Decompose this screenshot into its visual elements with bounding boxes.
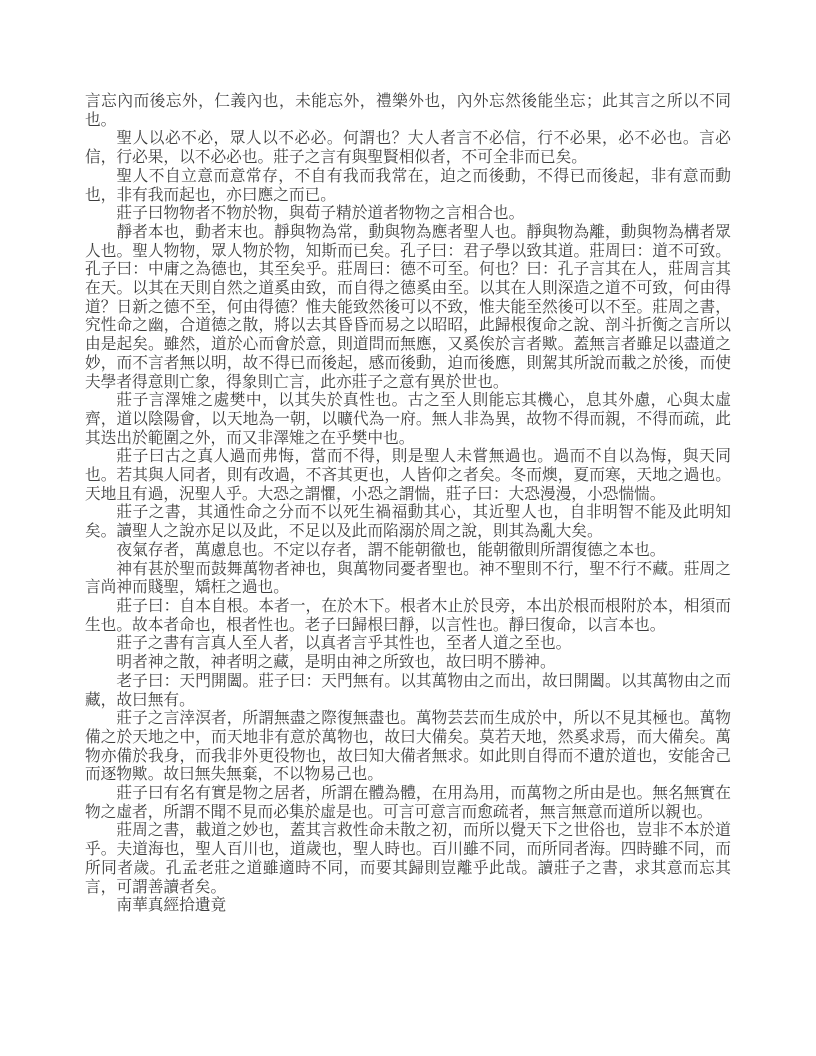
paragraph: 莊子曰古之真人過而弗悔，當而不得，則是聖人未嘗無過也。過而不自以為悔，與天同也。… (85, 448, 731, 504)
paragraph: 神有甚於聖而鼓舞萬物者神也，與萬物同憂者聖也。神不聖則不行，聖不行不藏。莊周之言… (85, 561, 731, 598)
paragraph: 莊子言澤雉之處樊中，以其失於真性也。古之至人則能忘其機心，息其外慮，心與太虛齊，… (85, 392, 731, 448)
paragraph: 莊子之書有言真人至人者，以真者言乎其性也，至者人道之至也。 (85, 635, 731, 654)
paragraph: 靜者本也，動者末也。靜與物為常，動與物為應者聖人也。靜與物為離，動與物為構者眾人… (85, 224, 731, 392)
paragraph: 聖人以必不必，眾人以不必必。何謂也？大人者言不必信，行不必果，必不必也。言必信，… (85, 130, 731, 167)
paragraph: 明者神之散，神者明之藏，是明由神之所致也，故曰明不勝神。 (85, 654, 731, 673)
colophon: 南華真經拾遺竟 (85, 897, 731, 916)
paragraph: 莊子之言涬溟者，所謂無盡之際復無盡也。萬物芸芸而生成於中，所以不見其極也。萬物備… (85, 710, 731, 785)
document-page: 言忘內而後忘外，仁義內也，未能忘外，禮樂外也，內外忘然後能坐忘；此其言之所以不同… (0, 0, 816, 1056)
paragraph: 夜氣存者，萬慮息也。不定以存者，謂不能朝徹也，能朝徹則所謂復德之本也。 (85, 542, 731, 561)
paragraph: 老子曰：天門開闔。莊子曰：天門無有。以其萬物由之而出，故曰開闔。以其萬物由之而藏… (85, 673, 731, 710)
document-body: 言忘內而後忘外，仁義內也，未能忘外，禮樂外也，內外忘然後能坐忘；此其言之所以不同… (85, 93, 731, 916)
paragraph: 莊子曰有名有實是物之居者，所謂在體為體，在用為用，而萬物之所由是也。無名無實在物… (85, 785, 731, 822)
paragraph: 聖人不自立意而意常存，不自有我而我常在，迫之而後動，不得已而後起，非有意而動也，… (85, 168, 731, 205)
paragraph: 莊子曰：自本自根。本者一，在於木下。根者木止於艮旁，本出於根而根附於本，相須而生… (85, 598, 731, 635)
paragraph: 言忘內而後忘外，仁義內也，未能忘外，禮樂外也，內外忘然後能坐忘；此其言之所以不同… (85, 93, 731, 130)
paragraph: 莊子曰物物者不物於物，與荀子精於道者物物之言相合也。 (85, 205, 731, 224)
paragraph: 莊周之書，載道之妙也，蓋其言救性命未散之初，而所以覺天下之世俗也，豈非不本於道乎… (85, 822, 731, 897)
paragraph: 莊子之書，其通性命之分而不以死生禍福動其心，其近聖人也，自非明智不能及此明知矣。… (85, 504, 731, 541)
